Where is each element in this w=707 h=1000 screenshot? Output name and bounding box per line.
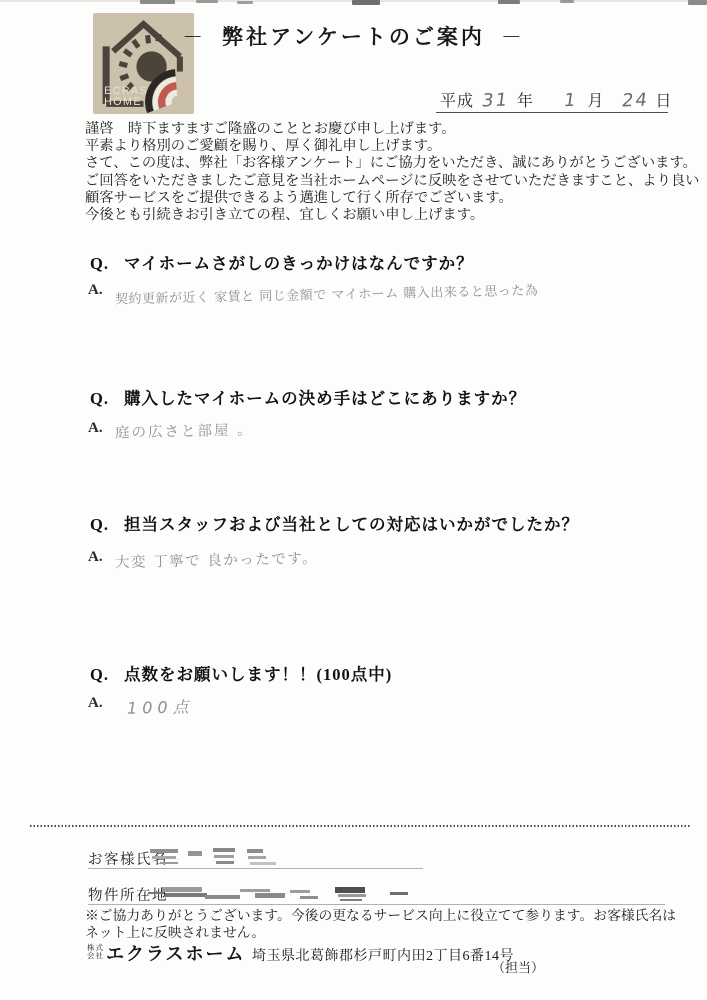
greeting-line: さて、この度は、弊社「お客様アンケート」にご協力をいただき、誠にありがとうござい…	[85, 155, 703, 172]
footer-note: ※ご協力ありがとうございます。今後の更なるサービス向上に役立てて参ります。お客様…	[85, 908, 705, 942]
date-month-suffix: 月	[587, 88, 604, 111]
property-location-underline	[88, 904, 665, 905]
answer-3-prefix: A.	[88, 549, 103, 565]
title-dash-left: －	[182, 25, 206, 49]
date-day-handwritten: 24	[621, 90, 651, 112]
scan-smudge	[688, 0, 707, 5]
answer-1-prefix: A.	[88, 282, 103, 298]
date-year-handwritten: 31	[480, 90, 510, 112]
answer-1-handwritten: 契約更新が近く 家賃と 同じ金額で マイホーム 購入出来ると思った為	[114, 280, 538, 308]
footer-note-line: ※ご協力ありがとうございます。今後の更なるサービス向上に役立てて参ります。お客様…	[85, 908, 705, 925]
question-4-text: 点数をお願いします！！(100点中)	[124, 665, 392, 684]
scan-smudge	[560, 0, 574, 3]
scan-smudge	[498, 0, 520, 4]
question-4: Q.点数をお願いします！！(100点中)	[90, 661, 392, 685]
title-dash-right: －	[501, 25, 525, 49]
date-month-handwritten: 1	[562, 90, 578, 111]
question-2-prefix: Q.	[90, 389, 109, 408]
answer-3: A.大変 丁寧で 良かったです。	[88, 549, 318, 570]
greeting-paragraph: 謹啓 時下ますますご隆盛のこととお慶び申し上げます。 平素より格別のご愛顧を賜り…	[85, 121, 703, 224]
page-title: －弊社アンケートのご案内－	[0, 21, 707, 51]
date-day-suffix: 日	[655, 88, 672, 111]
question-3-prefix: Q.	[90, 515, 109, 534]
scan-smudge	[352, 0, 380, 5]
greeting-line: 顧客サービスをご提供できるよう邁進して行く所存でございます。	[85, 190, 703, 207]
question-1: Q.マイホームさがしのきっかけはなんですか？	[90, 250, 474, 274]
answer-1: A.契約更新が近く 家賃と 同じ金額で マイホーム 購入出来ると思った為	[88, 282, 538, 304]
survey-scan-page: ECRAS HOME －弊社アンケートのご案内－ 平成 31 年 1 月 24 …	[0, 0, 707, 1000]
question-3-text: 担当スタッフおよび当社としての対応はいかがでしたか？	[124, 515, 579, 534]
question-1-prefix: Q.	[90, 254, 109, 273]
date-era: 平成	[440, 88, 474, 111]
company-legal-prefix-bottom: 会社	[87, 952, 104, 960]
title-text: 弊社アンケートのご案内	[222, 25, 485, 49]
answer-2-handwritten: 庭の広さと部屋 。	[114, 419, 253, 443]
greeting-line: 謹啓 時下ますますご隆盛のこととお慶び申し上げます。	[85, 121, 703, 138]
answer-3-handwritten: 大変 丁寧で 良かったです。	[114, 547, 317, 572]
scan-smudge	[196, 0, 218, 3]
answer-4-prefix: A.	[88, 695, 103, 711]
question-3: Q.担当スタッフおよび当社としての対応はいかがでしたか？	[90, 511, 579, 535]
greeting-line: 平素より格別のご愛顧を賜り、厚く御礼申し上げます。	[85, 138, 703, 155]
question-4-prefix: Q.	[90, 665, 109, 684]
answer-4: A.100点	[88, 695, 193, 718]
date-year-suffix: 年	[517, 88, 534, 111]
answer-2: A.庭の広さと部屋 。	[88, 420, 253, 441]
customer-name-underline	[88, 868, 423, 869]
scan-smudge	[140, 0, 175, 4]
company-legal-prefix: 株式 会社	[87, 944, 104, 960]
answer-2-prefix: A.	[88, 420, 103, 436]
greeting-line: ご回答をいただきましたご意見を当社ホームページに反映をさせていただきますこと、よ…	[85, 173, 703, 190]
property-location-label: 物件所在地	[88, 884, 168, 905]
greeting-line: 今後とも引続きお引き立ての程、宜しくお願い申し上げます。	[85, 207, 703, 224]
company-name: エクラスホーム	[106, 940, 245, 966]
answer-4-handwritten: 100点	[126, 694, 193, 718]
question-2: Q.購入したマイホームの決め手はどこにありますか？	[90, 385, 526, 409]
date-line: 平成 31 年 1 月 24 日	[440, 88, 672, 111]
company-address: 埼玉県北葛飾郡杉戸町内田2丁目6番14号	[252, 945, 514, 965]
question-1-text: マイホームさがしのきっかけはなんですか？	[124, 254, 474, 273]
date-underline	[436, 112, 668, 113]
logo-text-home: HOME	[104, 96, 142, 108]
question-2-text: 購入したマイホームの決め手はどこにありますか？	[124, 389, 526, 408]
scan-smudge	[237, 1, 253, 4]
staff-label: （担当）	[492, 957, 544, 976]
dotted-divider	[30, 825, 690, 827]
